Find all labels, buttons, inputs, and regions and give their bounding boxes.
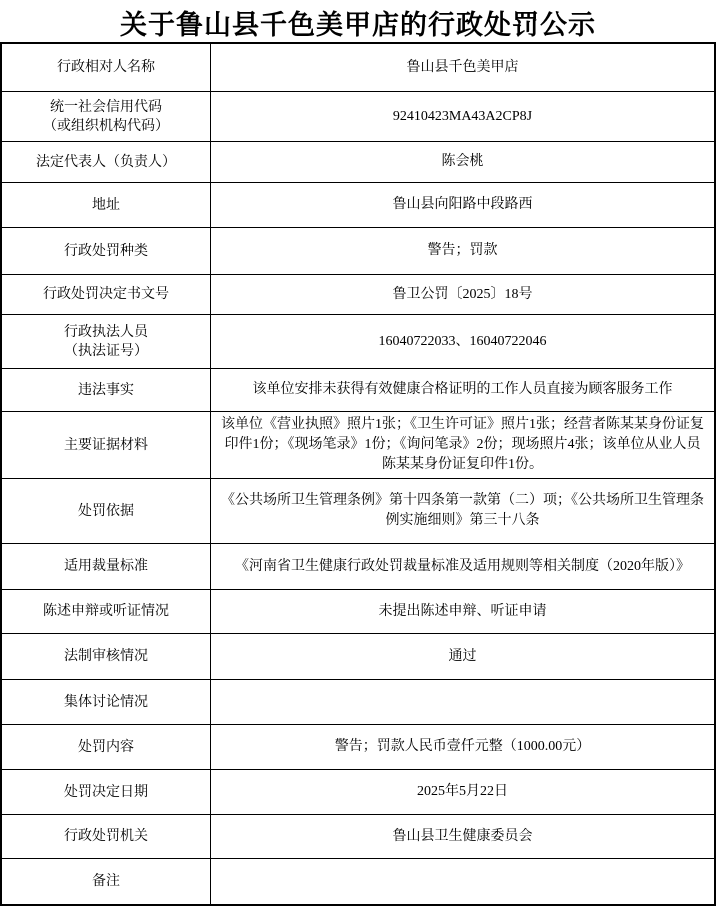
table-row: 处罚决定日期 2025年5月22日 — [2, 770, 714, 815]
row-value: 警告；罚款 — [211, 228, 714, 274]
row-value: 鲁山县向阳路中段路西 — [211, 183, 714, 227]
table-row: 行政处罚种类 警告；罚款 — [2, 228, 714, 275]
row-label: 行政处罚机关 — [2, 815, 211, 858]
row-value: 未提出陈述申辩、听证申请 — [211, 590, 714, 633]
row-value: 陈会桃 — [211, 142, 714, 182]
row-label: 处罚依据 — [2, 479, 211, 543]
row-value: 该单位《营业执照》照片1张；《卫生许可证》照片1张；经营者陈某某身份证复印件1份… — [211, 412, 714, 478]
row-label: 违法事实 — [2, 369, 211, 411]
row-label: 法定代表人（负责人） — [2, 142, 211, 182]
table-row: 适用裁量标准 《河南省卫生健康行政处罚裁量标准及适用规则等相关制度（2020年版… — [2, 544, 714, 590]
row-label: 陈述申辩或听证情况 — [2, 590, 211, 633]
table-row: 行政执法人员 （执法证号） 16040722033、16040722046 — [2, 315, 714, 369]
penalty-announcement-page: 关于鲁山县千色美甲店的行政处罚公示 行政相对人名称 鲁山县千色美甲店 统一社会信… — [0, 0, 716, 906]
table-row: 统一社会信用代码 （或组织机构代码） 92410423MA43A2CP8J — [2, 92, 714, 142]
row-value — [211, 859, 714, 904]
row-label: 行政执法人员 （执法证号） — [2, 315, 211, 368]
row-value: 警告；罚款人民币壹仟元整（1000.00元） — [211, 725, 714, 769]
row-label: 处罚决定日期 — [2, 770, 211, 814]
row-value — [211, 680, 714, 724]
row-label: 地址 — [2, 183, 211, 227]
row-label: 统一社会信用代码 （或组织机构代码） — [2, 92, 211, 141]
table-row: 法定代表人（负责人） 陈会桃 — [2, 142, 714, 183]
penalty-table: 行政相对人名称 鲁山县千色美甲店 统一社会信用代码 （或组织机构代码） 9241… — [0, 42, 716, 906]
row-label: 行政处罚种类 — [2, 228, 211, 274]
row-label: 法制审核情况 — [2, 634, 211, 679]
table-row: 行政相对人名称 鲁山县千色美甲店 — [2, 44, 714, 92]
row-value: 鲁山县千色美甲店 — [211, 44, 714, 91]
row-value: 鲁山县卫生健康委员会 — [211, 815, 714, 858]
table-row: 行政处罚机关 鲁山县卫生健康委员会 — [2, 815, 714, 859]
row-label: 行政处罚决定书文号 — [2, 275, 211, 314]
row-label: 适用裁量标准 — [2, 544, 211, 589]
table-row: 法制审核情况 通过 — [2, 634, 714, 680]
row-label: 主要证据材料 — [2, 412, 211, 478]
table-row: 集体讨论情况 — [2, 680, 714, 725]
row-value: 鲁卫公罚〔2025〕18号 — [211, 275, 714, 314]
table-row: 处罚依据 《公共场所卫生管理条例》第十四条第一款第（二）项；《公共场所卫生管理条… — [2, 479, 714, 544]
table-row: 主要证据材料 该单位《营业执照》照片1张；《卫生许可证》照片1张；经营者陈某某身… — [2, 412, 714, 479]
row-label: 集体讨论情况 — [2, 680, 211, 724]
table-row: 违法事实 该单位安排未获得有效健康合格证明的工作人员直接为顾客服务工作 — [2, 369, 714, 412]
row-label: 处罚内容 — [2, 725, 211, 769]
row-label: 备注 — [2, 859, 211, 904]
table-row: 行政处罚决定书文号 鲁卫公罚〔2025〕18号 — [2, 275, 714, 315]
row-value: 《河南省卫生健康行政处罚裁量标准及适用规则等相关制度（2020年版）》 — [211, 544, 714, 589]
table-row: 处罚内容 警告；罚款人民币壹仟元整（1000.00元） — [2, 725, 714, 770]
table-row: 地址 鲁山县向阳路中段路西 — [2, 183, 714, 228]
page-title: 关于鲁山县千色美甲店的行政处罚公示 — [0, 0, 716, 42]
table-row: 陈述申辩或听证情况 未提出陈述申辩、听证申请 — [2, 590, 714, 634]
table-row: 备注 — [2, 859, 714, 904]
row-value: 92410423MA43A2CP8J — [211, 92, 714, 141]
row-value: 2025年5月22日 — [211, 770, 714, 814]
row-label: 行政相对人名称 — [2, 44, 211, 91]
row-value: 该单位安排未获得有效健康合格证明的工作人员直接为顾客服务工作 — [211, 369, 714, 411]
row-value: 16040722033、16040722046 — [211, 315, 714, 368]
row-value: 《公共场所卫生管理条例》第十四条第一款第（二）项；《公共场所卫生管理条例实施细则… — [211, 479, 714, 543]
row-value: 通过 — [211, 634, 714, 679]
